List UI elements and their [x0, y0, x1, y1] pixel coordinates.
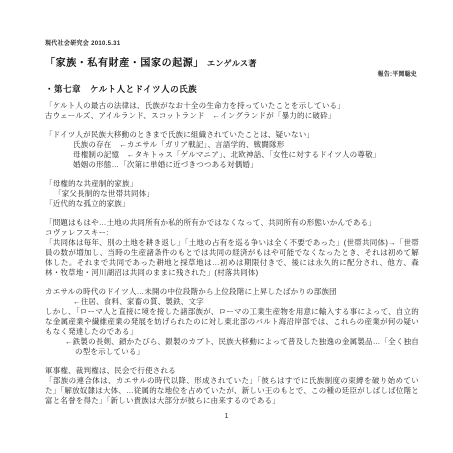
text-line: コヴァレフスキー: [45, 228, 419, 238]
paragraph-block: カエサルの時代のドイツ人…未開の中位段階から上位段階に上昇したばかりの部族団←住… [45, 287, 419, 357]
text-line: ←鉄製の長剣、鎖かたびら、銀製のカブト、民族大移動によって普及した独逸の金属製品… [45, 337, 419, 357]
author-label: エンゲルス著 [207, 59, 257, 68]
paragraph-block: 「ケルト人の最古の法律は、氏族がなお十全の生命力を持っていたことを示している」古… [45, 101, 419, 121]
text-line: 母権制の記憶 ←タキトゥス「ゲルマニア」、北欧神話、「女性に対するドイツ人の尊敬… [45, 150, 419, 160]
paragraph-block: 軍事権、裁判権は、民会で行使される「部族の連合体は、カエサルの時代以降、形成され… [45, 366, 419, 406]
document-page: 現代社会研究会 2010.5.31 「家族・私有財産・国家の起源」エンゲルス著 … [0, 0, 453, 453]
text-line: 「家父長制的な世帯共同体」 [45, 189, 419, 199]
document-title: 「家族・私有財産・国家の起源」エンゲルス著 [45, 54, 257, 69]
document-body: 「ケルト人の最古の法律は、氏族がなお十全の生命力を持っていたことを示している」古… [45, 101, 419, 415]
reporter-label: 報告:平岡聡史 [378, 69, 417, 78]
text-line: 「ケルト人の最古の法律は、氏族がなお十全の生命力を持っていたことを示している」 [45, 101, 419, 111]
text-line: 婚姻の形態…「次第に単婚に近づきつつある対偶婚」 [45, 160, 419, 170]
text-line: カエサルの時代のドイツ人…未開の中位段階から上位段階に上昇したばかりの部族団 [45, 287, 419, 297]
text-line: 軍事権、裁判権は、民会で行使される [45, 366, 419, 376]
text-line: 「母権的な共産制的家族」 [45, 179, 419, 189]
chapter-heading: ・第七章 ケルト人とドイツ人の氏族 [45, 83, 197, 95]
paragraph-block: 「ドイツ人が民族大移動のときまで氏族に組織されていたことは、疑いない」氏族の存在… [45, 130, 419, 170]
page-number: 1 [0, 413, 453, 420]
text-line: 古ウェールズ、アイルランド、スコットランド ←イングランドが「暴力的に破砕」 [45, 111, 419, 121]
text-line: ←住居、食料、家畜の質、製鉄、文字 [45, 297, 419, 307]
title-text: 「家族・私有財産・国家の起源」 [45, 58, 204, 69]
text-line: 「近代的な孤立的家族」 [45, 199, 419, 209]
text-line: 「問題はもはや…土地の共同所有か私的所有かではなくなって、共同所有の形態いかんで… [45, 218, 419, 228]
document-header: 現代社会研究会 2010.5.31 [45, 38, 120, 47]
text-line: 「部族の連合体は、カエサルの時代以降、形成されていた」「彼らはすでに氏族制度の束… [45, 376, 419, 406]
paragraph-block: 「問題はもはや…土地の共同所有か私的所有かではなくなって、共同所有の形態いかんで… [45, 218, 419, 278]
text-line: 「共同体は毎年、別の土地を耕き返し」「土地の占有を巡る争いは全く不要であった」(… [45, 238, 419, 278]
paragraph-block: 「母権的な共産制的家族」「家父長制的な世帯共同体」「近代的な孤立的家族」 [45, 179, 419, 209]
text-line: しかし、「ローマ人と直接に境を接した諸部族が、ローマの工業生産物を用意に輸入する… [45, 307, 419, 337]
text-line: 「ドイツ人が民族大移動のときまで氏族に組織されていたことは、疑いない」 [45, 130, 419, 140]
text-line: 氏族の存在 ←カエサル「ガリア戦記」、言語学的、戦闘隊形 [45, 140, 419, 150]
